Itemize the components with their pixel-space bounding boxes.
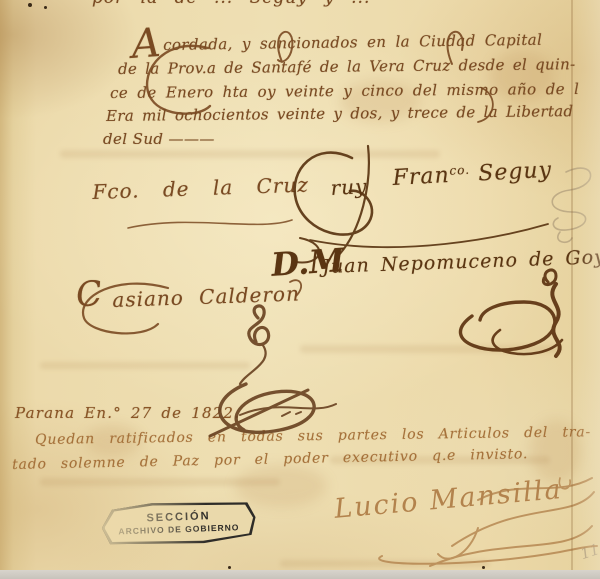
- signature-segui-first: Fran: [392, 163, 450, 191]
- ink-speck: [228, 566, 231, 569]
- signature-calderon-initial: C: [74, 273, 104, 316]
- archive-stamp: SECCIÓN ARCHIVO DE GOBIERNO: [101, 499, 256, 548]
- manuscript-page: por la de ... Seguy y ... A cordada, y s…: [0, 0, 600, 579]
- signature-segui-loop-text: ruy: [330, 174, 368, 200]
- ink-speck: [482, 566, 485, 569]
- showthrough-line: [300, 345, 560, 353]
- signature-segui-superscript: co.: [449, 163, 470, 178]
- scan-edge-strip: [0, 570, 600, 579]
- showthrough-line: [280, 560, 490, 567]
- paragraph-line: cordada, y sancionados en la Ciudad Capi…: [163, 31, 542, 54]
- signature-segui: Franco. Seguy: [392, 158, 553, 191]
- paragraph-line: Era mil ochocientos veinte y dos, y trec…: [106, 102, 573, 125]
- signature-segui-last: Seguy: [478, 158, 553, 187]
- goytia-rubric-flourish: [460, 270, 562, 356]
- signature-cruz: Fco. de la Cruz: [92, 172, 309, 204]
- ink-speck: [44, 6, 47, 9]
- header-fragment: por la de ... Seguy y ...: [92, 0, 370, 8]
- paper-fold-highlight: [574, 0, 600, 579]
- showthrough-line: [60, 150, 440, 158]
- date-line: Parana En.° 27 de 1822.: [15, 404, 240, 422]
- signature-calderon: asiano Calderon: [112, 281, 300, 312]
- paper-fold-line: [571, 0, 573, 579]
- cruz-underline-flourish: [128, 220, 292, 228]
- ink-speck: [28, 3, 32, 7]
- paragraph-line: del Sud ———: [103, 130, 215, 148]
- signature-goytia: Juan Nepomuceno de Goytia: [322, 245, 600, 278]
- signature-mansilla: Lucio Mansilla: [333, 474, 564, 525]
- showthrough-line: [40, 362, 250, 369]
